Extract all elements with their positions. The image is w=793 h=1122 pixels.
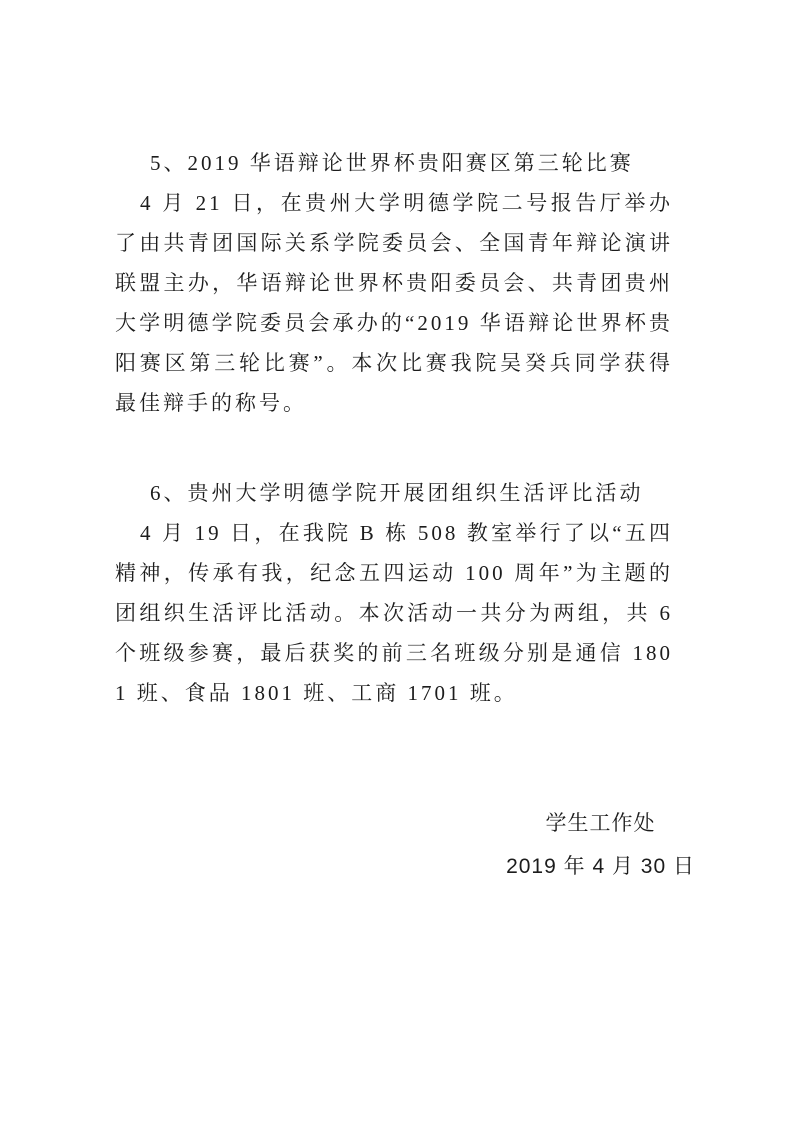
signature-department: 学生工作处 — [506, 801, 695, 845]
section-6-heading: 6、贵州大学明德学院开展团组织生活评比活动 — [115, 473, 673, 513]
signature-date: 2019 年 4 月 30 日 — [506, 845, 695, 889]
section-5: 5、2019 华语辩论世界杯贵阳赛区第三轮比赛 4 月 21 日，在贵州大学明德… — [115, 143, 673, 423]
section-6-paragraph: 4 月 19 日，在我院 B 栋 508 教室举行了以“五四精神，传承有我，纪念… — [115, 513, 673, 713]
section-6: 6、贵州大学明德学院开展团组织生活评比活动 4 月 19 日，在我院 B 栋 5… — [115, 473, 673, 713]
section-5-heading: 5、2019 华语辩论世界杯贵阳赛区第三轮比赛 — [115, 143, 673, 183]
document-page: 5、2019 华语辩论世界杯贵阳赛区第三轮比赛 4 月 21 日，在贵州大学明德… — [0, 0, 793, 1122]
signature-block: 学生工作处 2019 年 4 月 30 日 — [506, 801, 695, 889]
section-5-paragraph: 4 月 21 日，在贵州大学明德学院二号报告厅举办了由共青团国际关系学院委员会、… — [115, 183, 673, 423]
document-body: 5、2019 华语辩论世界杯贵阳赛区第三轮比赛 4 月 21 日，在贵州大学明德… — [115, 143, 673, 713]
